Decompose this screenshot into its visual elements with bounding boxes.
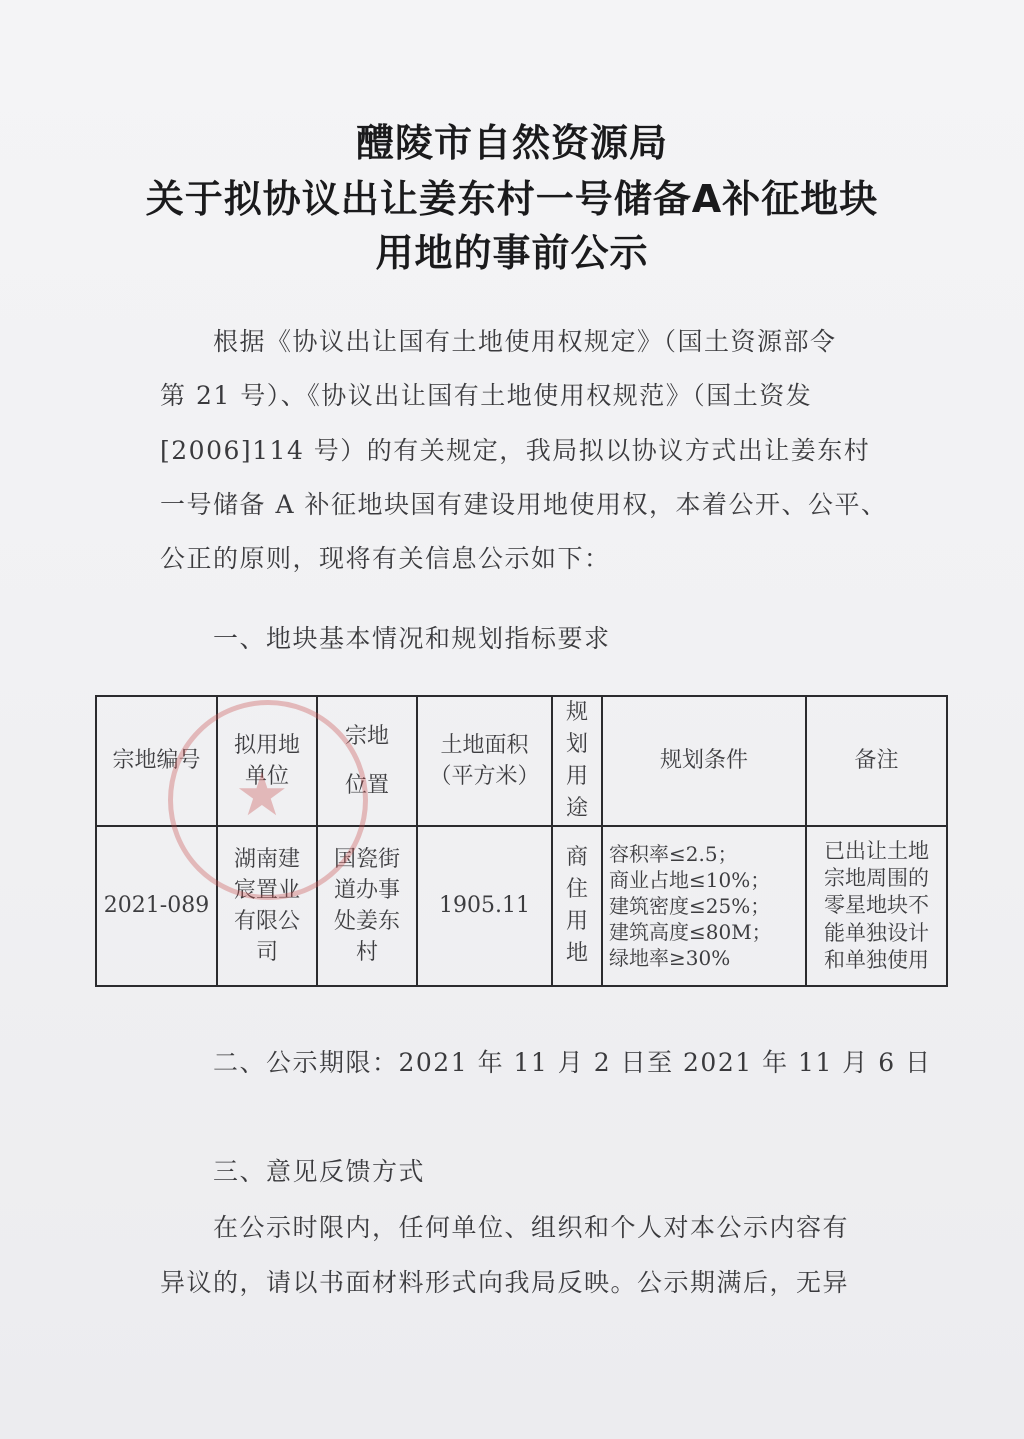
intro-line: 第 21 号）、《协议出让国有土地使用权规范》（国土资发 [160, 376, 880, 412]
header-user-unit: 拟用地 单位 [217, 696, 317, 826]
cell-line: 湖南建 [218, 844, 316, 875]
header-parcel-no: 宗地编号 [96, 696, 217, 826]
table-row: 2021-089 湖南建 宸置业 有限公 司 国瓷街 道办事 处姜东 村 190… [96, 826, 947, 986]
header-use: 规 划 用 途 [552, 696, 602, 826]
cell-line: 道办事 [318, 875, 416, 906]
condition-line: 绿地率≥30% [609, 945, 805, 971]
remark-line: 和单独使用 [807, 947, 946, 974]
intro-line: [2006]114 号）的有关规定，我局拟以协议方式出让姜东村 [160, 431, 880, 467]
header-line: 土地面积 [418, 730, 551, 761]
section3-heading: 三、意见反馈方式 [213, 1152, 933, 1188]
remark-line: 零星地块不 [807, 892, 946, 919]
cell-line: 国瓷街 [318, 844, 416, 875]
cell-line: 村 [318, 937, 416, 968]
header-line: 单位 [218, 761, 316, 792]
section3-line: 异议的，请以书面材料形式向我局反映。公示期满后，无异 [160, 1263, 880, 1299]
document-page: 醴陵市自然资源局 关于拟协议出让姜东村一号储备A补征地块 用地的事前公示 根据《… [0, 0, 1024, 1439]
condition-line: 建筑密度≤25%； [609, 893, 805, 919]
header-char: 用 [566, 761, 588, 793]
cell-char: 用 [566, 906, 588, 938]
cell-location: 国瓷街 道办事 处姜东 村 [317, 826, 417, 986]
cell-char: 地 [566, 938, 588, 970]
cell-remarks: 已出让土地 宗地周围的 零星地块不 能单独设计 和单独使用 [806, 826, 947, 986]
intro-line: 公正的原则，现将有关信息公示如下： [160, 539, 880, 575]
header-area: 土地面积 （平方米） [417, 696, 552, 826]
header-conditions: 规划条件 [602, 696, 806, 826]
header-char: 规 [566, 697, 588, 729]
cell-line: 宸置业 [218, 875, 316, 906]
intro-line: 一号储备 A 补征地块国有建设用地使用权，本着公开、公平、 [160, 485, 880, 521]
header-char: 途 [566, 793, 588, 825]
cell-conditions: 容积率≤2.5； 商业占地≤10%； 建筑密度≤25%； 建筑高度≤80M； 绿… [602, 826, 806, 986]
cell-line: 处姜东 [318, 906, 416, 937]
remark-line: 宗地周围的 [807, 865, 946, 892]
cell-char: 商 [566, 842, 588, 874]
cell-area: 1905.11 [417, 826, 552, 986]
section2-period: 二、公示期限：2021 年 11 月 2 日至 2021 年 11 月 6 日 [213, 1043, 933, 1079]
section3-line: 在公示时限内，任何单位、组织和个人对本公示内容有 [213, 1208, 933, 1244]
cell-char: 住 [566, 874, 588, 906]
cell-use: 商 住 用 地 [552, 826, 602, 986]
remark-line: 已出让土地 [807, 838, 946, 865]
header-remarks: 备注 [806, 696, 947, 826]
table-header-row: 宗地编号 拟用地 单位 宗地 位置 土地面积 （平方米） 规 划 用 途 [96, 696, 947, 826]
cell-user-unit: 湖南建 宸置业 有限公 司 [217, 826, 317, 986]
title-subject: 关于拟协议出让姜东村一号储备A补征地块 [0, 168, 1024, 223]
section1-heading: 一、地块基本情况和规划指标要求 [213, 619, 933, 655]
title-subject-cont: 用地的事前公示 [0, 222, 1024, 277]
title-issuer: 醴陵市自然资源局 [0, 112, 1024, 167]
header-line: （平方米） [418, 761, 551, 792]
cell-line: 有限公 [218, 906, 316, 937]
cell-line: 司 [218, 937, 316, 968]
header-line: 拟用地 [218, 730, 316, 761]
header-line: 位置 [318, 770, 416, 801]
intro-line: 根据《协议出让国有土地使用权规定》（国土资源部令 [213, 322, 933, 358]
header-location: 宗地 位置 [317, 696, 417, 826]
condition-line: 建筑高度≤80M； [609, 919, 805, 945]
cell-parcel-no: 2021-089 [96, 826, 217, 986]
header-line: 宗地 [318, 721, 416, 752]
condition-line: 容积率≤2.5； [609, 841, 805, 867]
parcel-table: 宗地编号 拟用地 单位 宗地 位置 土地面积 （平方米） 规 划 用 途 [95, 695, 948, 987]
header-char: 划 [566, 729, 588, 761]
condition-line: 商业占地≤10%； [609, 867, 805, 893]
remark-line: 能单独设计 [807, 920, 946, 947]
